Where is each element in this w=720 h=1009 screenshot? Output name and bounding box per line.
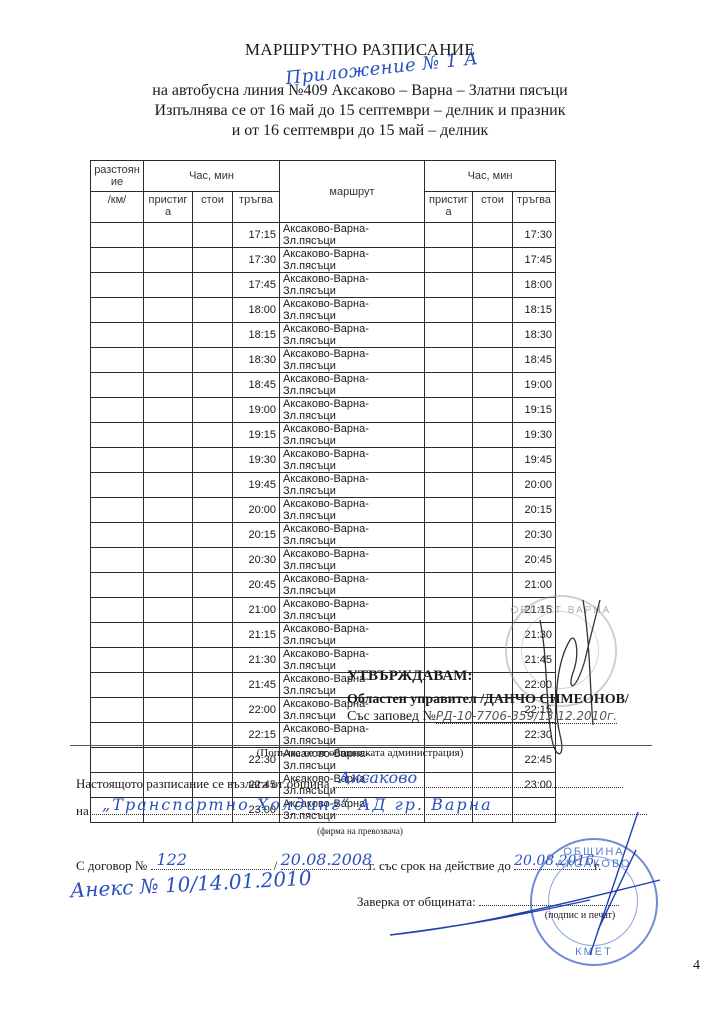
regional-stamp: ОБЛАСТ ВАРНА: [505, 595, 617, 707]
cell-stop: [193, 273, 233, 298]
cell-km: [91, 423, 144, 448]
cell-stop: [193, 623, 233, 648]
cell-stop: [193, 598, 233, 623]
table-row: 21:30Аксаково-Варна-Зл.пясъци21:45: [91, 648, 556, 673]
table-row: 21:00Аксаково-Варна-Зл.пясъци21:15: [91, 598, 556, 623]
cell-dep: 20:00: [233, 498, 280, 523]
header-departs-left: тръгва: [233, 192, 280, 223]
cell-dep2: 18:30: [513, 323, 556, 348]
cell-dep: 19:30: [233, 448, 280, 473]
table-row: 21:15Аксаково-Варна-Зл.пясъци21:30: [91, 623, 556, 648]
governor-name: Областен управител /ДАНЧО СИМЕОНОВ/: [347, 692, 629, 708]
cell-arr: [144, 523, 193, 548]
cell-stop2: [473, 223, 513, 248]
municipal-stamp: ОБЩИНА АКСАКОВО КМЕТ: [530, 838, 658, 966]
cell-stop2: [473, 273, 513, 298]
cell-dep: 22:15: [233, 723, 280, 748]
table-row: 19:45Аксаково-Варна-Зл.пясъци20:00: [91, 473, 556, 498]
cell-dep: 20:30: [233, 548, 280, 573]
cell-dep2: 20:15: [513, 498, 556, 523]
cell-arr: [144, 723, 193, 748]
cell-arr: [144, 398, 193, 423]
header-departs-right: тръгва: [513, 192, 556, 223]
cell-stop2: [473, 723, 513, 748]
cell-stop: [193, 348, 233, 373]
carrier-caption: (фирма на превозвача): [0, 826, 720, 836]
cell-arr: [144, 598, 193, 623]
cell-stop2: [473, 373, 513, 398]
cell-km: [91, 448, 144, 473]
cell-stop2: [473, 523, 513, 548]
header-arrives-right: пристига: [425, 192, 473, 223]
cell-stop2: [473, 348, 513, 373]
cell-km: [91, 348, 144, 373]
cell-dep2: 18:00: [513, 273, 556, 298]
assigned-label: Настоящото разписание се възлага от общи…: [76, 776, 330, 791]
cell-arr2: [425, 723, 473, 748]
cell-route: Аксаково-Варна-Зл.пясъци: [280, 273, 425, 298]
cell-arr: [144, 423, 193, 448]
order-line: Със заповед №РД-10-7706-359/13.12.2010г.: [347, 709, 617, 725]
cell-route: Аксаково-Варна-Зл.пясъци: [280, 298, 425, 323]
cell-arr2: [425, 423, 473, 448]
cell-dep: 21:30: [233, 648, 280, 673]
table-row: 19:00Аксаково-Варна-Зл.пясъци19:15: [91, 398, 556, 423]
cell-arr2: [425, 248, 473, 273]
winter-period-subtitle: и от 16 септември до 15 май – делник: [0, 121, 720, 141]
cell-dep: 19:45: [233, 473, 280, 498]
cell-km: [91, 498, 144, 523]
cell-route: Аксаково-Варна-Зл.пясъци: [280, 323, 425, 348]
table-row: 20:15Аксаково-Варна-Зл.пясъци20:30: [91, 523, 556, 548]
table-row: 22:15Аксаково-Варна-Зл.пясъци22:30: [91, 723, 556, 748]
cell-route: Аксаково-Варна-Зл.пясъци: [280, 598, 425, 623]
cell-arr2: [425, 223, 473, 248]
cell-dep2: 17:30: [513, 223, 556, 248]
cell-arr: [144, 673, 193, 698]
cell-dep: 18:45: [233, 373, 280, 398]
cell-km: [91, 573, 144, 598]
cell-dep: 19:15: [233, 423, 280, 448]
cell-arr2: [425, 473, 473, 498]
cell-km: [91, 373, 144, 398]
cell-dep2: 21:00: [513, 573, 556, 598]
cell-dep: 21:45: [233, 673, 280, 698]
cell-route: Аксаково-Варна-Зл.пясъци: [280, 398, 425, 423]
cell-arr2: [425, 548, 473, 573]
cell-dep: 20:45: [233, 573, 280, 598]
cell-stop: [193, 423, 233, 448]
cell-route: Аксаково-Варна-Зл.пясъци: [280, 548, 425, 573]
cell-dep2: 20:00: [513, 473, 556, 498]
cell-stop: [193, 548, 233, 573]
cell-stop2: [473, 573, 513, 598]
cell-km: [91, 648, 144, 673]
cell-arr: [144, 548, 193, 573]
cell-km: [91, 673, 144, 698]
cell-stop: [193, 498, 233, 523]
cell-route: Аксаково-Варна-Зл.пясъци: [280, 448, 425, 473]
cell-dep: 22:00: [233, 698, 280, 723]
certification-label: Заверка от общината:: [357, 894, 476, 909]
cell-route: Аксаково-Варна-Зл.пясъци: [280, 498, 425, 523]
page-title: МАРШРУТНО РАЗПИСАНИЕ: [0, 40, 720, 60]
summer-period-subtitle: Изпълнява се от 16 май до 15 септември –…: [0, 101, 720, 121]
cell-dep2: 20:30: [513, 523, 556, 548]
cell-dep: 18:00: [233, 298, 280, 323]
cell-arr: [144, 373, 193, 398]
cell-arr2: [425, 348, 473, 373]
validity-label: г. със срок на действие до: [369, 858, 511, 873]
cell-stop: [193, 298, 233, 323]
cell-km: [91, 523, 144, 548]
cell-dep2: 17:45: [513, 248, 556, 273]
cell-arr2: [425, 623, 473, 648]
cell-arr2: [425, 298, 473, 323]
cell-dep2: 19:30: [513, 423, 556, 448]
cell-arr: [144, 248, 193, 273]
cell-km: [91, 398, 144, 423]
assigned-municipality-line: Настоящото разписание се възлага от общи…: [76, 775, 623, 792]
cell-arr: [144, 648, 193, 673]
table-row: 19:30Аксаково-Варна-Зл.пясъци19:45: [91, 448, 556, 473]
cell-stop2: [473, 323, 513, 348]
cell-arr: [144, 323, 193, 348]
cell-km: [91, 698, 144, 723]
cell-dep2: 18:45: [513, 348, 556, 373]
cell-arr: [144, 223, 193, 248]
table-row: 17:30Аксаково-Варна-Зл.пясъци17:45: [91, 248, 556, 273]
carrier-line: на „Транспортно Холдинг“ АД гр. Варна: [76, 802, 647, 819]
cell-arr2: [425, 598, 473, 623]
cell-stop: [193, 448, 233, 473]
cell-arr2: [425, 323, 473, 348]
cell-dep2: 19:15: [513, 398, 556, 423]
header-stops-right: стои: [473, 192, 513, 223]
bus-line-subtitle: на автобусна линия №409 Аксаково – Варна…: [0, 81, 720, 101]
cell-route: Аксаково-Варна-Зл.пясъци: [280, 423, 425, 448]
table-row: 19:15Аксаково-Варна-Зл.пясъци19:30: [91, 423, 556, 448]
order-number-value: РД-10-7706-359/13.12.2010г.: [436, 709, 617, 724]
schedule-body: 17:15Аксаково-Варна-Зл.пясъци17:3017:30А…: [91, 223, 556, 823]
header-stops-left: стои: [193, 192, 233, 223]
cell-stop: [193, 223, 233, 248]
cell-arr: [144, 623, 193, 648]
cell-dep2: 20:45: [513, 548, 556, 573]
cell-stop: [193, 323, 233, 348]
cell-stop: [193, 723, 233, 748]
cell-arr2: [425, 273, 473, 298]
cell-stop2: [473, 298, 513, 323]
contract-line: С договор № 122 / 20.08.2008г. със срок …: [76, 857, 601, 874]
cell-arr2: [425, 398, 473, 423]
cell-dep2: 19:00: [513, 373, 556, 398]
cell-km: [91, 598, 144, 623]
cell-dep: 18:15: [233, 323, 280, 348]
cell-stop: [193, 473, 233, 498]
cell-stop: [193, 698, 233, 723]
cell-dep: 20:15: [233, 523, 280, 548]
contract-number-value: 122: [157, 850, 188, 869]
contract-label: С договор №: [76, 858, 147, 873]
cell-stop2: [473, 423, 513, 448]
cell-dep: 19:00: [233, 398, 280, 423]
carrier-field[interactable]: „Транспортно Холдинг“ АД гр. Варна: [92, 802, 647, 815]
table-row: 20:45Аксаково-Варна-Зл.пясъци21:00: [91, 573, 556, 598]
cell-km: [91, 223, 144, 248]
cell-arr: [144, 498, 193, 523]
cell-km: [91, 273, 144, 298]
page-number: 4: [693, 958, 700, 974]
municipal-stamp-bottom-text: КМЕТ: [532, 946, 656, 958]
cell-arr: [144, 348, 193, 373]
cell-stop: [193, 573, 233, 598]
cell-stop: [193, 398, 233, 423]
header-distance-unit: /км/: [91, 192, 144, 223]
cell-dep: 17:45: [233, 273, 280, 298]
table-row: 18:00Аксаково-Варна-Зл.пясъци18:15: [91, 298, 556, 323]
section-divider: [70, 745, 652, 746]
cell-dep: 18:30: [233, 348, 280, 373]
cell-dep: 21:15: [233, 623, 280, 648]
cell-stop: [193, 673, 233, 698]
cell-dep2: 19:45: [513, 448, 556, 473]
cell-route: Аксаково-Варна-Зл.пясъци: [280, 623, 425, 648]
cell-dep: 17:30: [233, 248, 280, 273]
cell-arr: [144, 573, 193, 598]
cell-route: Аксаково-Варна-Зл.пясъци: [280, 573, 425, 598]
cell-arr2: [425, 373, 473, 398]
order-label: Със заповед №: [347, 709, 436, 724]
cell-stop: [193, 648, 233, 673]
carrier-prefix: на: [76, 803, 89, 818]
cell-dep2: 18:15: [513, 298, 556, 323]
cell-stop2: [473, 498, 513, 523]
table-row: 20:30Аксаково-Варна-Зл.пясъци20:45: [91, 548, 556, 573]
cell-km: [91, 723, 144, 748]
regional-stamp-text: ОБЛАСТ ВАРНА: [507, 605, 615, 616]
header-time-right: Час, мин: [425, 161, 556, 192]
table-row: 18:30Аксаково-Варна-Зл.пясъци18:45: [91, 348, 556, 373]
cell-stop2: [473, 473, 513, 498]
cell-route: Аксаково-Варна-Зл.пясъци: [280, 348, 425, 373]
header-arrives-left: пристига: [144, 192, 193, 223]
approval-heading: УТВЪРЖДАВАМ:: [347, 668, 472, 685]
cell-dep2: 22:30: [513, 723, 556, 748]
cell-stop2: [473, 248, 513, 273]
cell-arr: [144, 448, 193, 473]
cell-km: [91, 323, 144, 348]
municipal-stamp-top-text: ОБЩИНА АКСАКОВО: [532, 846, 656, 870]
cell-route: Аксаково-Варна-Зл.пясъци: [280, 723, 425, 748]
cell-route: Аксаково-Варна-Зл.пясъци: [280, 473, 425, 498]
admin-fill-note: (Попълва се от общинската администрация): [0, 747, 720, 759]
cell-arr: [144, 298, 193, 323]
cell-arr: [144, 698, 193, 723]
cell-stop: [193, 248, 233, 273]
cell-route: Аксаково-Варна-Зл.пясъци: [280, 248, 425, 273]
cell-km: [91, 473, 144, 498]
cell-arr: [144, 273, 193, 298]
cell-arr2: [425, 523, 473, 548]
cell-route: Аксаково-Варна-Зл.пясъци: [280, 373, 425, 398]
cell-km: [91, 248, 144, 273]
table-row: 17:45Аксаково-Варна-Зл.пясъци18:00: [91, 273, 556, 298]
cell-stop: [193, 373, 233, 398]
cell-route: Аксаково-Варна-Зл.пясъци: [280, 523, 425, 548]
cell-route: Аксаково-Варна-Зл.пясъци: [280, 223, 425, 248]
cell-dep: 17:15: [233, 223, 280, 248]
cell-km: [91, 623, 144, 648]
cell-arr2: [425, 498, 473, 523]
assigned-municipality-value: Аксаково: [339, 768, 417, 787]
cell-arr: [144, 473, 193, 498]
cell-stop2: [473, 398, 513, 423]
cell-arr2: [425, 448, 473, 473]
table-row: 18:15Аксаково-Варна-Зл.пясъци18:30: [91, 323, 556, 348]
header-time-left: Час, мин: [144, 161, 280, 192]
cell-stop: [193, 523, 233, 548]
header-distance: разстояние: [91, 161, 144, 192]
table-row: 18:45Аксаково-Варна-Зл.пясъци19:00: [91, 373, 556, 398]
cell-dep: 21:00: [233, 598, 280, 623]
cell-arr2: [425, 573, 473, 598]
cell-stop2: [473, 448, 513, 473]
table-row: 20:00Аксаково-Варна-Зл.пясъци20:15: [91, 498, 556, 523]
cell-km: [91, 298, 144, 323]
table-row: 17:15Аксаково-Варна-Зл.пясъци17:30: [91, 223, 556, 248]
cell-stop2: [473, 548, 513, 573]
cell-km: [91, 548, 144, 573]
assigned-municipality-field[interactable]: Аксаково: [333, 775, 623, 788]
header-route: маршрут: [280, 161, 425, 223]
carrier-value: „Транспортно Холдинг“ АД гр. Варна: [102, 795, 493, 814]
